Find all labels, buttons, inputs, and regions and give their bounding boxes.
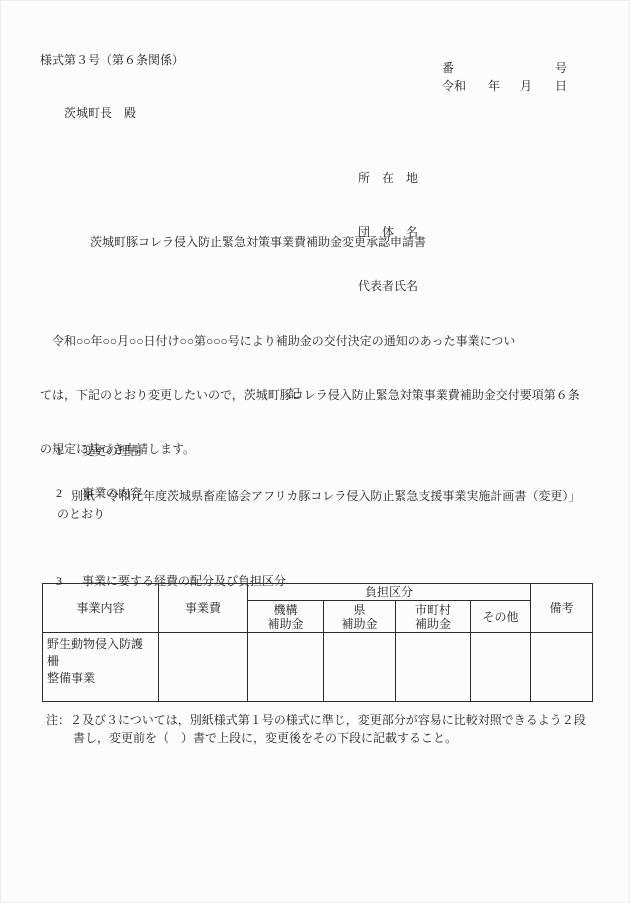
document-title: 茨城町豚コレラ侵入防止緊急対策事業費補助金変更承認申請書 <box>90 233 426 250</box>
section-1-heading: 変更の理由 <box>82 444 142 458</box>
cost-allocation-table: 事業内容 事業費 負担区分 備考 機構 補助金 県 補助金 市町村 補助金 その… <box>42 583 593 702</box>
cell-other <box>471 633 531 702</box>
cell-remarks <box>531 633 593 702</box>
addressee-label: 茨城町長 殿 <box>64 104 136 121</box>
cell-kikou-subsidy <box>248 633 324 702</box>
th-project-content: 事業内容 <box>43 584 159 633</box>
date-era-label: 令和 <box>442 77 466 94</box>
th-kikou-subsidy: 機構 補助金 <box>248 601 324 633</box>
th-other: その他 <box>471 601 531 633</box>
cell-prefecture-subsidy <box>324 633 396 702</box>
note-line-2: 書し，変更前を（ ）書で上段に，変更後をその下段に記載すること。 <box>73 729 457 746</box>
cell-project-content: 野生動物侵入防護柵 整備事業 <box>43 633 159 702</box>
cell-municipal-subsidy <box>396 633 471 702</box>
note-line-1: 注：２及び３については，別紙様式第１号の様式に準じ，変更部分が容易に比較対照でき… <box>46 711 586 728</box>
th-remarks: 備考 <box>531 584 593 633</box>
section-2-number: 2 <box>56 486 62 500</box>
body-line: 令和○○年○○月○○日付け○○第○○○号により補助金の交付決定の通知のあった事業… <box>40 332 580 350</box>
doc-number-go-label: 号 <box>555 59 567 76</box>
th-prefecture-subsidy: 県 補助金 <box>324 601 396 633</box>
th-municipal-subsidy: 市町村 補助金 <box>396 601 471 633</box>
date-day-label: 日 <box>555 77 567 94</box>
date-month-label: 月 <box>520 77 532 94</box>
form-number-label: 様式第３号（第６条関係） <box>40 51 184 68</box>
section-1-number: 1 <box>56 444 62 458</box>
table-row: 野生動物侵入防護柵 整備事業 <box>43 633 593 702</box>
date-year-label: 年 <box>488 77 500 94</box>
doc-number-ban-label: 番 <box>442 59 454 76</box>
cell-project-cost <box>159 633 248 702</box>
th-project-cost: 事業費 <box>159 584 248 633</box>
th-burden-category: 負担区分 <box>248 584 531 601</box>
section-1: 1変更の理由 <box>44 427 142 474</box>
section-2-line-2: のとおり <box>57 505 105 522</box>
document-page: 様式第３号（第６条関係） 番 号 令和 年 月 日 茨城町長 殿 所 在 地 団… <box>0 0 630 903</box>
applicant-address-label: 所 在 地 <box>358 169 418 187</box>
section-2-line-1: 別紙「令和元年度茨城県畜産協会アフリカ豚コレラ侵入防止緊急支援事業実施計画書（変… <box>71 487 580 504</box>
record-marker: 記 <box>288 385 300 402</box>
applicant-representative-label: 代表者氏名 <box>358 277 418 295</box>
body-line: ては，下記のとおり変更したいので，茨城町豚コレラ侵入防止緊急対策事業費補助金交付… <box>40 386 580 404</box>
